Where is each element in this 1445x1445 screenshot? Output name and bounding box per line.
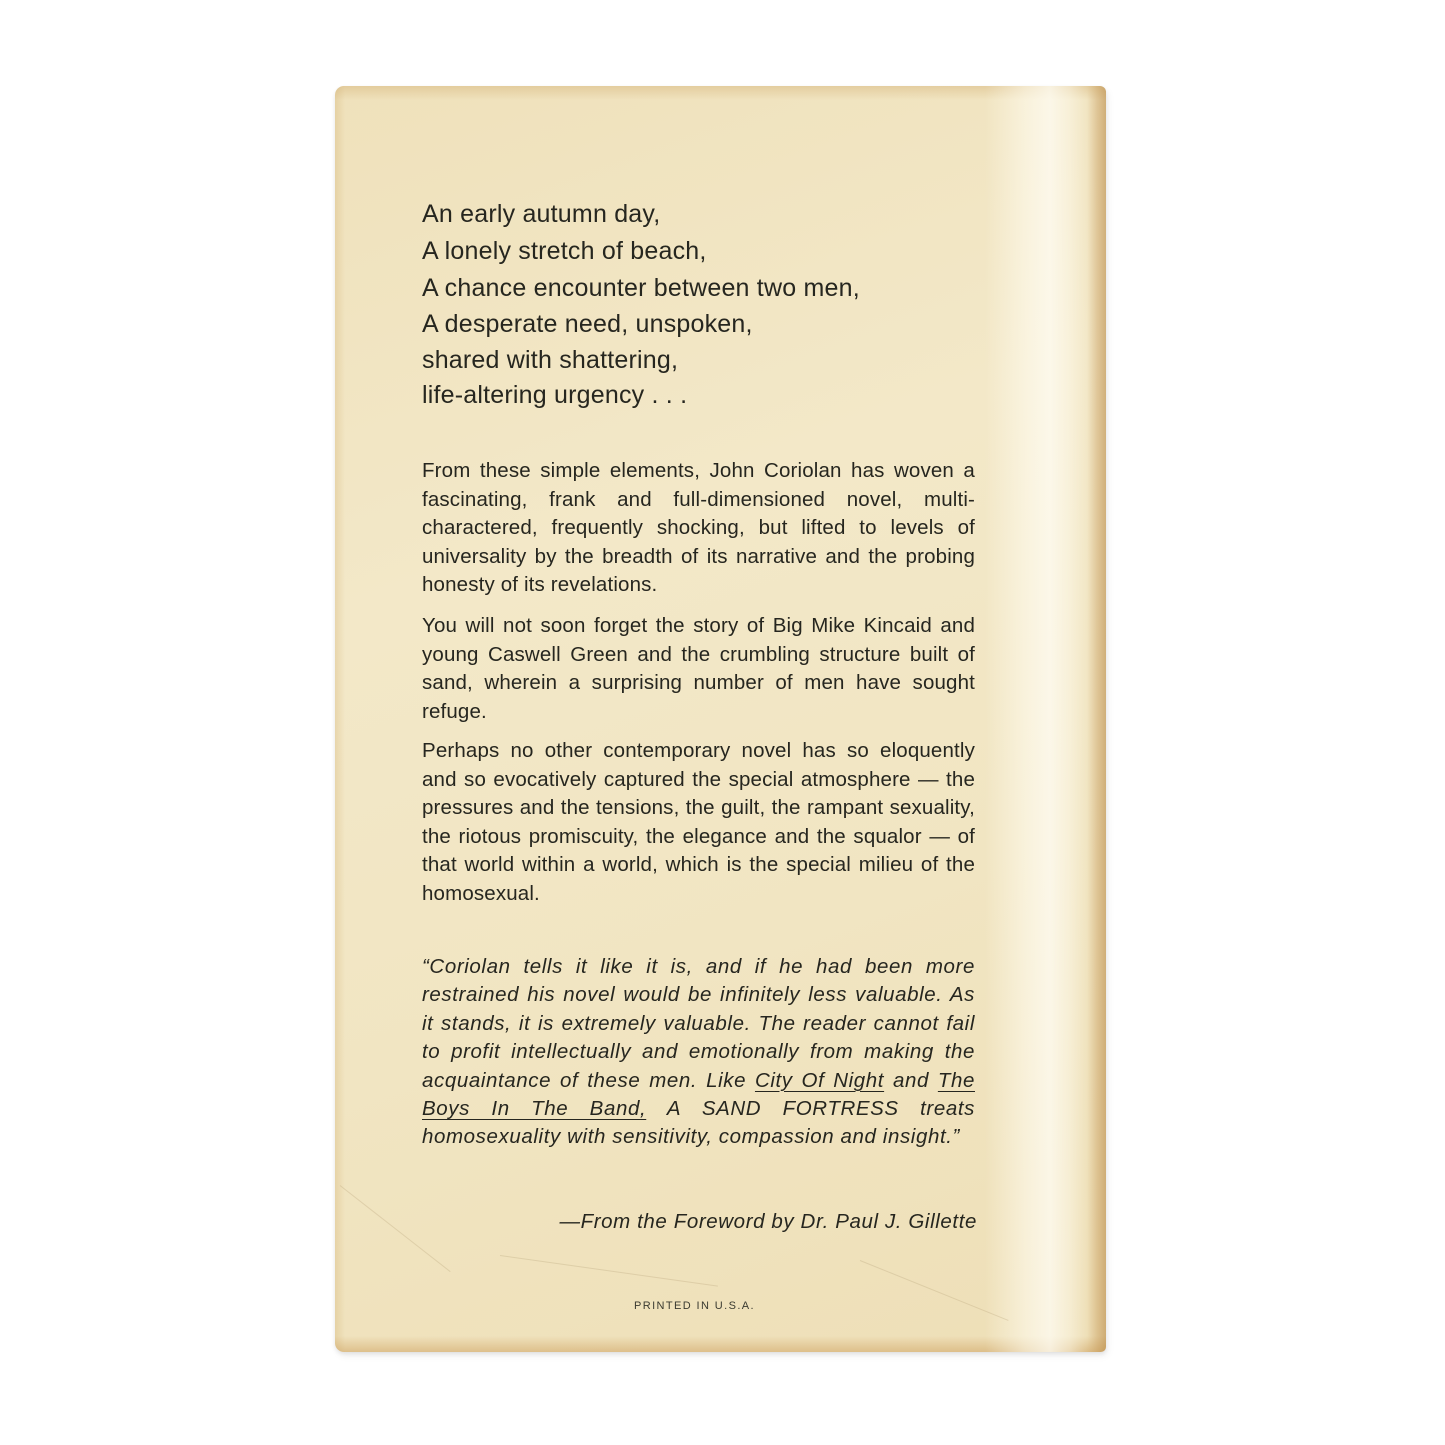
foreword-quote: “Coriolan tells it like it is, and if he…: [422, 953, 975, 1152]
blurb-paragraph: You will not soon forget the story of Bi…: [422, 612, 975, 726]
poem-line: A lonely stretch of beach,: [422, 233, 977, 270]
poem-line: shared with shattering,: [422, 343, 977, 379]
poem-line: A chance encounter between two men,: [422, 270, 977, 307]
printed-in-imprint: PRINTED IN U.S.A.: [634, 1300, 755, 1312]
blurb-paragraph: From these simple elements, John Coriola…: [422, 457, 975, 600]
quote-title-reference: City Of Night: [755, 1069, 884, 1092]
blurb-paragraph: Perhaps no other contemporary novel has …: [422, 737, 975, 909]
poem-line: A desperate need, unspoken,: [422, 307, 977, 343]
quote-text: and: [884, 1069, 938, 1092]
poem-line: life-altering urgency . . .: [422, 378, 977, 414]
poem-block: An early autumn day, A lonely stretch of…: [422, 196, 977, 414]
quote-attribution: —From the Foreword by Dr. Paul J. Gillet…: [460, 1210, 977, 1234]
poem-line: An early autumn day,: [422, 196, 977, 233]
